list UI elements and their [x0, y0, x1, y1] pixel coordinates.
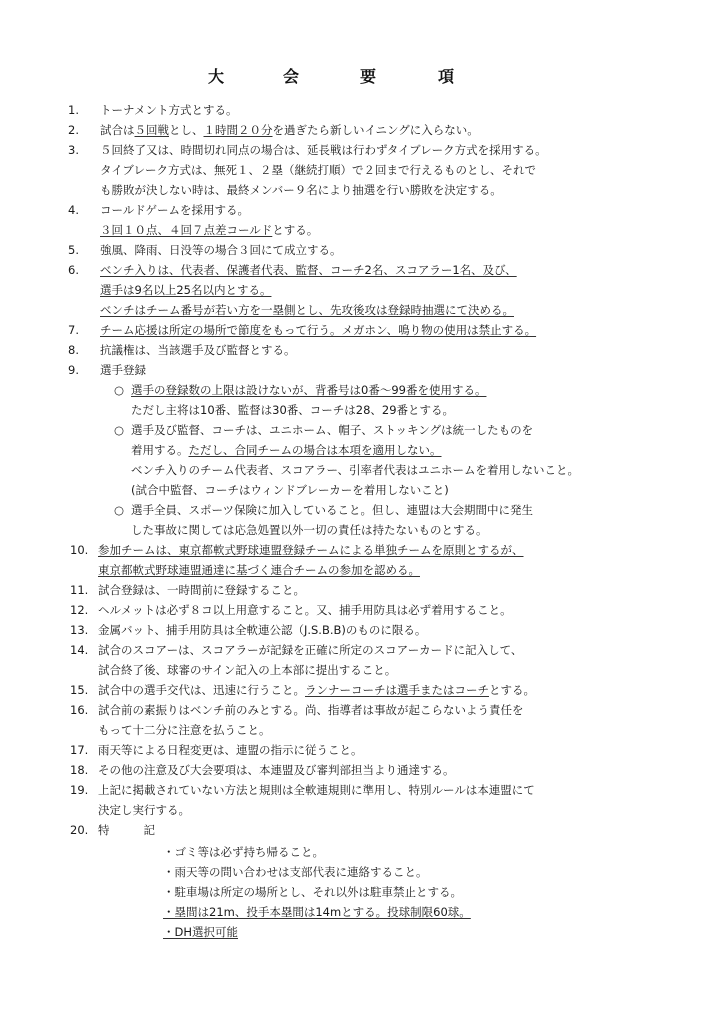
text-segment: タイブレーク方式は、無死１、２塁（継続打順）で２回まで行えるものとし、それで	[100, 163, 536, 177]
label-char: 特	[98, 823, 110, 837]
text-segment: 選手及び監督、コーチは、ユニホーム、帽子、ストッキングは統一したものを	[131, 423, 533, 437]
item-14-line: 試合のスコアーは、スコアラーが記録を正確に所定のスコアーカードに記入して、	[98, 640, 522, 660]
item-number: 14.	[70, 640, 88, 660]
text-segment: とする。	[489, 683, 535, 697]
special-notes-label: 特記	[98, 820, 155, 840]
item-6-line: ベンチ入りは、代表者、保護者代表、監督、コーチ2名、スコアラー1名、及び、	[100, 260, 517, 280]
special-note-bullet: ・塁間は21m、投手本塁間は14mとする。投球制限60球。	[163, 902, 471, 922]
title-char-2: 会	[283, 64, 299, 87]
item-2-line: 試合は５回戦とし、１時間２０分を過ぎたら新しいイニングに入らない。	[100, 120, 479, 140]
text-segment: トーナメント方式とする。	[100, 103, 238, 117]
item-12-line: ヘルメットは必ず８コ以上用意すること。又、捕手用防具は必ず着用すること。	[98, 600, 512, 620]
text-segment: (試合中監督、コーチはウィンドブレーカーを着用しないこと)	[131, 483, 449, 497]
text-segment: とする。	[272, 223, 318, 237]
item-16-line: 試合前の素振りはベンチ前のみとする。尚、指導者は事故が起こらないよう責任を	[98, 700, 524, 720]
text-segment: した事故に関しては応急処置以外一切の責任は持たないものとする。	[131, 523, 488, 537]
item-number: 18.	[70, 760, 88, 780]
registration-rule-line: (試合中監督、コーチはウィンドブレーカーを着用しないこと)	[131, 480, 449, 500]
circle-bullet-icon: ○	[114, 500, 124, 520]
item-number: 4.	[68, 200, 79, 220]
text-segment: を過ぎたら新しいイニングに入らない。	[273, 123, 479, 137]
text-segment: も勝敗が決しない時は、最終メンバー９名により抽選を行い勝敗を決定する。	[100, 183, 502, 197]
text-segment: 試合前の素振りはベンチ前のみとする。尚、指導者は事故が起こらないよう責任を	[98, 703, 524, 717]
item-1-line: トーナメント方式とする。	[100, 100, 238, 120]
text-segment: ただし主将は10番、監督は30番、コーチは28、29番とする。	[131, 403, 454, 417]
item-number: 13.	[70, 620, 88, 640]
underlined-text: 参加チームは、東京都軟式野球連盟登録チームによる単独チームを原則とするが、	[98, 543, 524, 557]
registration-rule-line: した事故に関しては応急処置以外一切の責任は持たないものとする。	[131, 520, 488, 540]
underlined-text: ・DH選択可能	[163, 925, 238, 939]
text-segment: ・駐車場は所定の場所とし、それ以外は駐車禁止とする。	[163, 885, 462, 899]
registration-rule-line: 着用する。ただし、合同チームの場合は本項を適用しない。	[131, 440, 442, 460]
item-number: 5.	[68, 240, 79, 260]
title-char-4: 項	[438, 64, 454, 87]
text-segment: 着用する。	[131, 443, 189, 457]
item-number: 9.	[68, 360, 79, 380]
item-5-line: 強風、降雨、日没等の場合３回にて成立する。	[100, 240, 342, 260]
text-segment: 選手登録	[100, 363, 146, 377]
registration-rule-line: 選手の登録数の上限は設けないが、背番号は0番～99番を使用する。	[131, 380, 486, 400]
item-3-line: タイブレーク方式は、無死１、２塁（継続打順）で２回まで行えるものとし、それで	[100, 160, 536, 180]
item-number: 6.	[68, 260, 79, 280]
page-title: 大 会 要 項	[0, 64, 724, 86]
item-6-line: ベンチはチーム番号が若い方を一塁側とし、先攻後攻は登録時抽選にて決める。	[100, 300, 514, 320]
text-segment: 抗議権は、当該選手及び監督とする。	[100, 343, 296, 357]
underlined-text: ただし、合同チームの場合は本項を適用しない。	[189, 443, 442, 457]
item-number: 19.	[70, 780, 88, 800]
item-number: 12.	[70, 600, 88, 620]
underlined-text: 選手の登録数の上限は設けないが、背番号は0番～99番を使用する。	[131, 383, 486, 397]
circle-bullet-icon: ○	[114, 380, 124, 400]
text-segment: 上記に掲載されていない方法と規則は全軟連規則に準用し、特別ルールは本連盟にて	[98, 783, 535, 797]
registration-rule-line: ただし主将は10番、監督は30番、コーチは28、29番とする。	[131, 400, 454, 420]
text-segment: 決定し実行する。	[98, 803, 190, 817]
item-7-line: チーム応援は所定の場所で節度をもって行う。メガホン、鳴り物の使用は禁止する。	[100, 320, 536, 340]
text-segment: 試合終了後、球審のサイン記入の上本部に提出すること。	[98, 663, 396, 677]
item-15-line: 試合中の選手交代は、迅速に行うこと。ランナーコーチは選手またはコーチとする。	[98, 680, 535, 700]
special-note-bullet: ・雨天等の問い合わせは支部代表に連絡すること。	[163, 862, 428, 882]
text-segment: ヘルメットは必ず８コ以上用意すること。又、捕手用防具は必ず着用すること。	[98, 603, 512, 617]
item-number: 8.	[68, 340, 79, 360]
underlined-text: 選手は9名以上25名以内とする。	[100, 283, 271, 297]
special-note-bullet: ・駐車場は所定の場所とし、それ以外は駐車禁止とする。	[163, 882, 462, 902]
item-number: 15.	[70, 680, 88, 700]
text-segment: コールドゲームを採用する。	[100, 203, 249, 217]
item-number: 3.	[68, 140, 79, 160]
item-19-line: 決定し実行する。	[98, 800, 190, 820]
text-segment: 試合は	[100, 123, 135, 137]
item-6-line: 選手は9名以上25名以内とする。	[100, 280, 271, 300]
item-16-line: もって十二分に注意を払うこと。	[98, 720, 271, 740]
text-segment: その他の注意及び大会要項は、本連盟及び審判部担当より通達する。	[98, 763, 455, 777]
item-number: 2.	[68, 120, 79, 140]
item-13-line: 金属バット、捕手用防具は全軟連公認（J.S.B.B)のものに限る。	[98, 620, 426, 640]
label-char: 記	[144, 823, 156, 837]
underlined-text: ・塁間は21m、投手本塁間は14mとする。投球制限60球。	[163, 905, 471, 919]
underlined-text: ベンチはチーム番号が若い方を一塁側とし、先攻後攻は登録時抽選にて決める。	[100, 303, 514, 317]
underlined-text: ベンチ入りは、代表者、保護者代表、監督、コーチ2名、スコアラー1名、及び、	[100, 263, 517, 277]
text-segment: 強風、降雨、日没等の場合３回にて成立する。	[100, 243, 342, 257]
item-18-line: その他の注意及び大会要項は、本連盟及び審判部担当より通達する。	[98, 760, 455, 780]
text-segment: 試合中の選手交代は、迅速に行うこと。	[98, 683, 305, 697]
circle-bullet-icon: ○	[114, 420, 124, 440]
text-segment: もって十二分に注意を払うこと。	[98, 723, 271, 737]
item-14-line: 試合終了後、球審のサイン記入の上本部に提出すること。	[98, 660, 396, 680]
item-number: 16.	[70, 700, 88, 720]
item-number: 17.	[70, 740, 88, 760]
item-3-line: も勝敗が決しない時は、最終メンバー９名により抽選を行い勝敗を決定する。	[100, 180, 502, 200]
item-3-line: ５回終了又は、時間切れ同点の場合は、延長戦は行わずタイブレーク方式を採用する。	[100, 140, 547, 160]
item-number: 1.	[68, 100, 79, 120]
underlined-text: ランナーコーチは選手またはコーチ	[305, 683, 489, 697]
item-4-line: ３回１０点、４回７点差コールドとする。	[100, 220, 318, 240]
item-10-line: 参加チームは、東京都軟式野球連盟登録チームによる単独チームを原則とするが、	[98, 540, 524, 560]
registration-rule-line: 選手及び監督、コーチは、ユニホーム、帽子、ストッキングは統一したものを	[131, 420, 533, 440]
text-segment: とし、	[169, 123, 204, 137]
registration-rule-line: 選手全員、スポーツ保険に加入していること。但し、連盟は大会期間中に発生	[131, 500, 533, 520]
item-number: 10.	[70, 540, 88, 560]
underlined-text: チーム応援は所定の場所で節度をもって行う。メガホン、鳴り物の使用は禁止する。	[100, 323, 536, 337]
special-note-bullet: ・ゴミ等は必ず持ち帰ること。	[163, 842, 324, 862]
title-char-1: 大	[208, 64, 224, 87]
item-4-line: コールドゲームを採用する。	[100, 200, 249, 220]
item-number: 11.	[70, 580, 88, 600]
text-segment: 試合登録は、一時間前に登録すること。	[98, 583, 305, 597]
text-segment: ・ゴミ等は必ず持ち帰ること。	[163, 845, 324, 859]
underlined-text: 東京都軟式野球連盟通達に基づく連合チームの参加を認める。	[98, 563, 420, 577]
text-segment: 金属バット、捕手用防具は全軟連公認（J.S.B.B)のものに限る。	[98, 623, 426, 637]
item-number: 20.	[70, 820, 88, 840]
underlined-text: ３回１０点、４回７点差コールド	[100, 223, 272, 237]
title-char-3: 要	[360, 64, 376, 87]
item-9-line: 選手登録	[100, 360, 146, 380]
item-19-line: 上記に掲載されていない方法と規則は全軟連規則に準用し、特別ルールは本連盟にて	[98, 780, 535, 800]
text-segment: 雨天等による日程変更は、連盟の指示に従うこと。	[98, 743, 363, 757]
text-segment: ５回終了又は、時間切れ同点の場合は、延長戦は行わずタイブレーク方式を採用する。	[100, 143, 547, 157]
item-number: 7.	[68, 320, 79, 340]
underlined-text: １時間２０分	[204, 123, 273, 137]
item-17-line: 雨天等による日程変更は、連盟の指示に従うこと。	[98, 740, 363, 760]
special-note-bullet: ・DH選択可能	[163, 922, 238, 942]
text-segment: 選手全員、スポーツ保険に加入していること。但し、連盟は大会期間中に発生	[131, 503, 533, 517]
item-8-line: 抗議権は、当該選手及び監督とする。	[100, 340, 296, 360]
underlined-text: ５回戦	[135, 123, 170, 137]
item-11-line: 試合登録は、一時間前に登録すること。	[98, 580, 305, 600]
item-10-line: 東京都軟式野球連盟通達に基づく連合チームの参加を認める。	[98, 560, 420, 580]
registration-rule-line: ベンチ入りのチーム代表者、スコアラー、引率者代表はユニホームを着用しないこと。	[131, 460, 579, 480]
text-segment: ・雨天等の問い合わせは支部代表に連絡すること。	[163, 865, 428, 879]
text-segment: ベンチ入りのチーム代表者、スコアラー、引率者代表はユニホームを着用しないこと。	[131, 463, 579, 477]
text-segment: 試合のスコアーは、スコアラーが記録を正確に所定のスコアーカードに記入して、	[98, 643, 522, 657]
